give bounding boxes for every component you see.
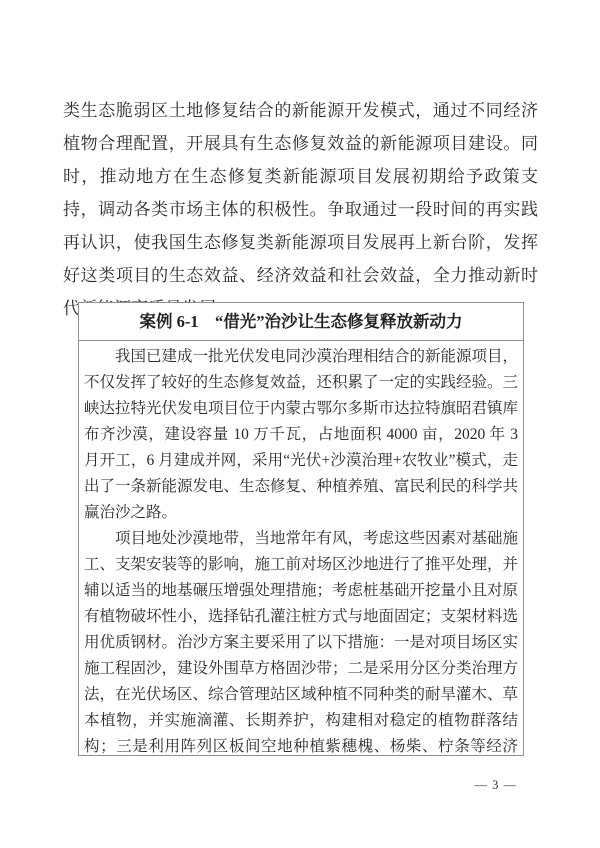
case-study-box: 案例 6-1 “借光”治沙让生态修复释放新动力 我国已建成一批光伏发电同沙漠治理… (78, 302, 524, 756)
case-paragraph-2: 项目地处沙漠地带，当地常年有风，考虑这些因素对基础施工、支架安装等的影响，施工前… (84, 526, 518, 756)
case-box-title: 案例 6-1 “借光”治沙让生态修复释放新动力 (79, 303, 523, 341)
page-number: — 3 — (475, 778, 518, 793)
case-box-body: 我国已建成一批光伏发电同沙漠治理相结合的新能源项目，不仅发挥了较好的生态修复效益… (79, 341, 523, 756)
document-page: 类生态脆弱区土地修复结合的新能源开发模式，通过不同经济植物合理配置，开展具有生态… (0, 0, 600, 848)
case-paragraph-1: 我国已建成一批光伏发电同沙漠治理相结合的新能源项目，不仅发挥了较好的生态修复效益… (84, 344, 518, 526)
intro-paragraph: 类生态脆弱区土地修复结合的新能源开发模式，通过不同经济植物合理配置，开展具有生态… (63, 94, 538, 325)
